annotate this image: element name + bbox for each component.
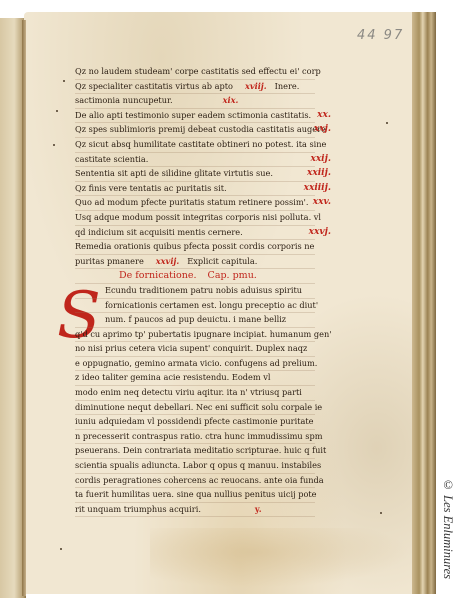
chapter-ref: xix. <box>223 95 239 105</box>
chapter-ref: xxij. <box>310 153 331 167</box>
body-line: iuniu adquiedam vl possidendi pfecte cas… <box>75 415 315 430</box>
chapter-heading: De fornicatione. Cap. pmu. <box>75 269 315 284</box>
body-line: scientia spualis adiuncta. Labor q opus … <box>75 459 315 474</box>
body-line: diminutione nequt debellari. Nec eni suf… <box>75 401 315 416</box>
body-line: pseuerans. Dein contrariata meditatio sc… <box>75 444 315 459</box>
water-stain <box>150 528 410 588</box>
chapter-list-line: puritas pmanerexxvij.Explicit capitula. <box>75 255 315 270</box>
chapter-ref: xxvj. <box>309 226 331 240</box>
chapter-list-line: Quo ad modum pfecte puritatis statum ret… <box>75 196 315 211</box>
chapter-ref: xxiij. <box>307 167 331 181</box>
chapter-ref: xxvij. <box>156 256 179 266</box>
chapter-list-line: castitate scientia.xxij. <box>75 153 315 168</box>
folio-number: 44 97 <box>357 28 404 43</box>
body-line: z ideo taliter gemina acie resistendu. E… <box>75 371 315 386</box>
chapter-list-line: Remedia orationis quibus pfecta possit c… <box>75 240 315 255</box>
chapter-list-line: Sententia sit apti de silidine glitate v… <box>75 167 315 182</box>
binding-gutter <box>22 20 26 596</box>
chapter-ref: xviij. <box>245 81 267 91</box>
chapter-list-line: Qz sicut absq humilitate castitate obtin… <box>75 138 315 153</box>
copyright-watermark: © Les Enluminures <box>440 478 455 579</box>
chapter-list-line: De alio apti testimonio super eadem scti… <box>75 109 315 124</box>
chapter-title: De fornicatione. <box>119 270 197 281</box>
body-line: no nisi prius cetera vicia supent' conqu… <box>75 342 315 357</box>
chapter-list-line: Qz no laudem studeam' corpe castitatis s… <box>75 65 315 80</box>
body-line: modo enim neq detectu viriu aqitur. ita … <box>75 386 315 401</box>
chapter-list-line: Qz spes sublimioris premij debeat custod… <box>75 123 315 138</box>
chapter-list-line: qd indicium sit acquisiti mentis cernere… <box>75 226 315 241</box>
body-line: n precesserit contraspus ratio. ctra hun… <box>75 430 315 445</box>
manuscript-book: 44 97 Qz no laudem studeam' corpe castit… <box>0 8 436 600</box>
body-line: fornicationis certamen est. longu precep… <box>75 299 315 314</box>
chapter-list-line: Usq adque modum possit integritas corpor… <box>75 211 315 226</box>
page-fore-edge <box>412 12 436 594</box>
body-text: S Ecundu traditionem patru nobis aduisus… <box>75 284 315 518</box>
body-line-last: rit unquam triumphus acquiri.y. <box>75 503 315 518</box>
body-line: ta fuerit humilitas uera. sine qua nulli… <box>75 488 315 503</box>
end-mark: y. <box>255 504 262 514</box>
body-line: q'd cu aprimo tp' pubertatis ipugnare in… <box>75 328 315 343</box>
chapter-ref: xx. <box>317 109 331 123</box>
chapter-list: Qz no laudem studeam' corpe castitatis s… <box>75 65 315 269</box>
text-block: Qz no laudem studeam' corpe castitatis s… <box>75 65 315 517</box>
body-line: num. f paucos ad pup deuictu. i mane bel… <box>75 313 315 328</box>
chapter-list-line: sactimonia nuncupetur.xix. <box>75 94 315 109</box>
chapter-ref: xxv. <box>313 196 331 210</box>
chapter-ref: xxj. <box>314 123 331 137</box>
explicit: Explicit capitula. <box>187 256 257 266</box>
chapter-number: Cap. pmu. <box>208 270 257 281</box>
body-line: Ecundu traditionem patru nobis aduisus s… <box>75 284 315 299</box>
chapter-list-line: Qz specialiter castitatis virtus ab apto… <box>75 80 315 95</box>
body-line: e oppugnatio, gemino armata vicio. confu… <box>75 357 315 372</box>
chapter-list-line: Qz finis vere tentatis ac puritatis sit.… <box>75 182 315 197</box>
body-line: cordis peragrationes cohercens ac reuoca… <box>75 474 315 489</box>
chapter-ref: xxiiij. <box>304 182 331 196</box>
